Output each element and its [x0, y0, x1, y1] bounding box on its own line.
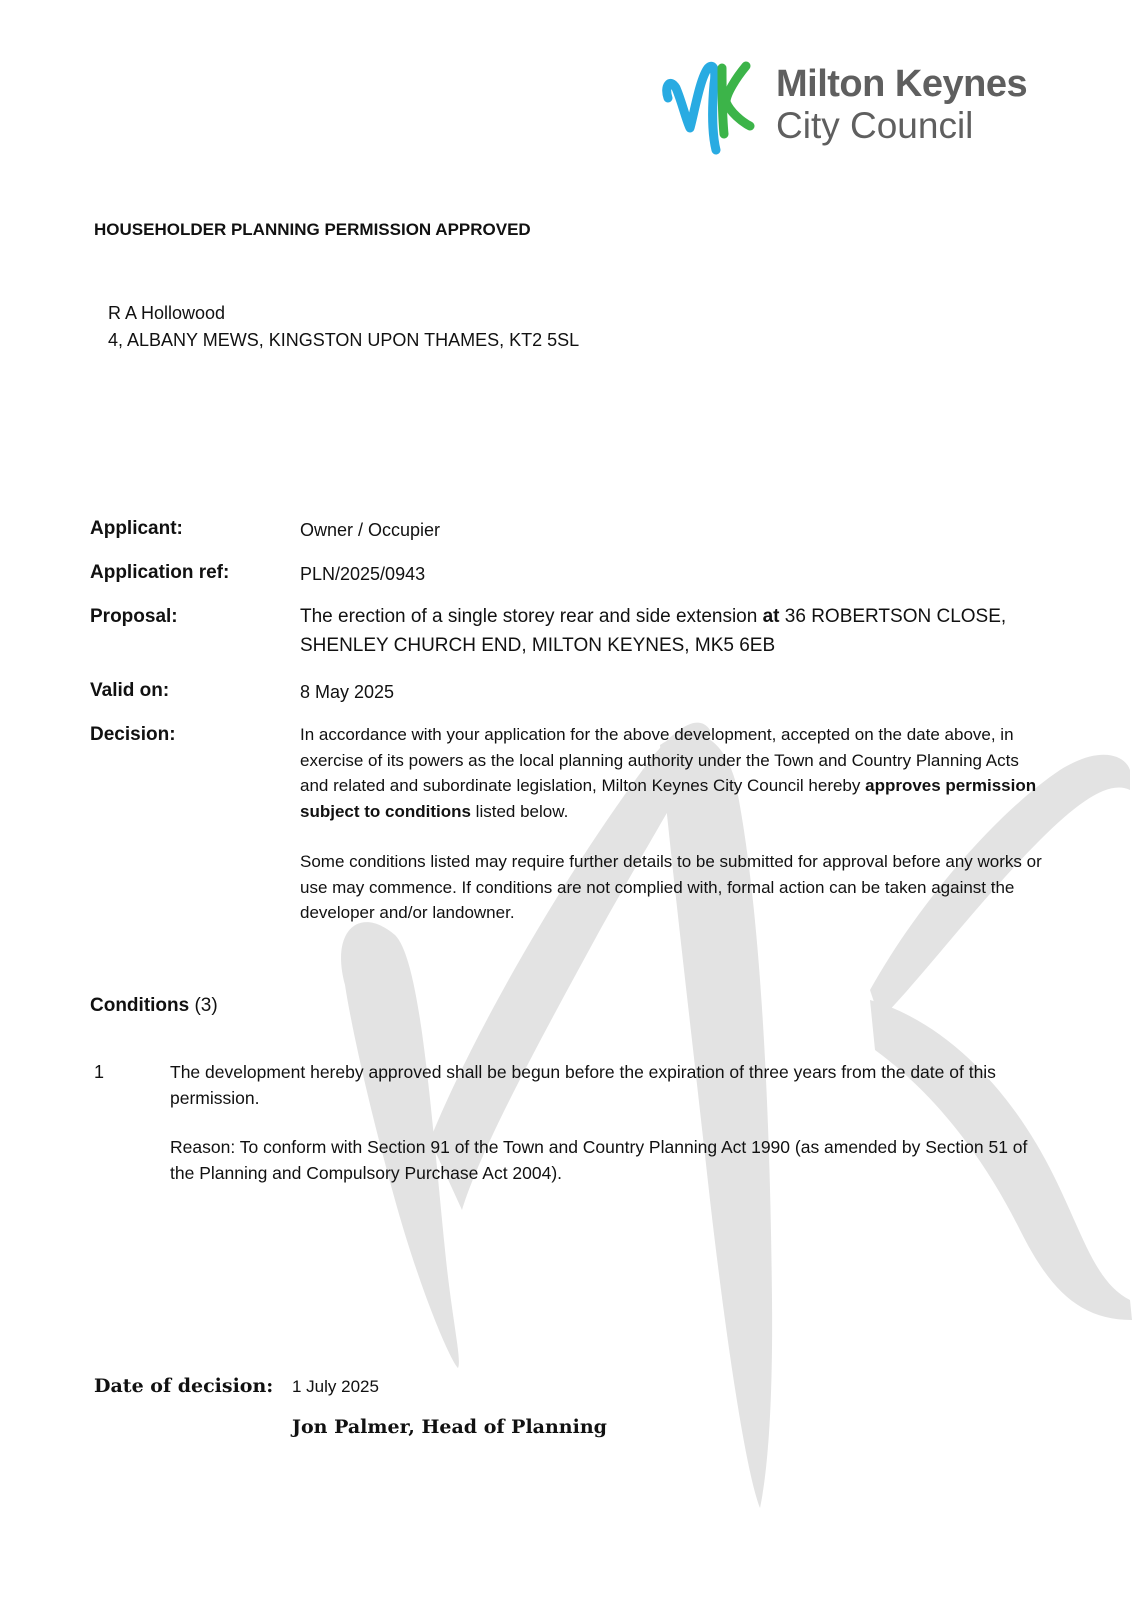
document-title: HOUSEHOLDER PLANNING PERMISSION APPROVED	[94, 220, 531, 240]
logo-line-2: City Council	[776, 106, 1027, 146]
condition-item: The development hereby approved shall be…	[170, 1060, 1040, 1186]
field-value: Owner / Occupier	[300, 516, 1060, 545]
field-label: Application ref:	[90, 562, 229, 584]
field-label: Applicant:	[90, 518, 183, 540]
decision-date-label: Date of decision:	[94, 1375, 273, 1397]
conditions-count: (3)	[194, 995, 217, 1016]
field-value: PLN/2025/0943	[300, 560, 1060, 589]
condition-reason: Reason: To conform with Section 91 of th…	[170, 1135, 1040, 1186]
signatory: Jon Palmer, Head of Planning	[292, 1416, 607, 1438]
field-label: Decision:	[90, 724, 176, 746]
mk-logo-icon	[660, 58, 760, 158]
logo-line-1: Milton Keynes	[776, 62, 1027, 106]
field-value: The erection of a single storey rear and…	[300, 602, 1060, 660]
field-label: Valid on:	[90, 680, 169, 702]
council-logo: Milton Keynes City Council	[668, 58, 1048, 158]
recipient-address: 4, ALBANY MEWS, KINGSTON UPON THAMES, KT…	[108, 327, 579, 354]
conditions-heading: Conditions (3)	[90, 995, 218, 1017]
decision-paragraph-2: Some conditions listed may require furth…	[300, 849, 1045, 926]
condition-text: The development hereby approved shall be…	[170, 1060, 1040, 1111]
logo-wordmark: Milton Keynes City Council	[776, 62, 1027, 146]
recipient-name: R A Hollowood	[108, 300, 579, 327]
decision-date-value: 1 July 2025	[292, 1377, 379, 1397]
field-label: Proposal:	[90, 606, 178, 628]
condition-number: 1	[94, 1062, 104, 1083]
recipient-block: R A Hollowood 4, ALBANY MEWS, KINGSTON U…	[108, 300, 579, 354]
decision-paragraph-1: In accordance with your application for …	[300, 722, 1045, 824]
field-value: 8 May 2025	[300, 678, 1060, 707]
field-value: In accordance with your application for …	[300, 722, 1045, 926]
